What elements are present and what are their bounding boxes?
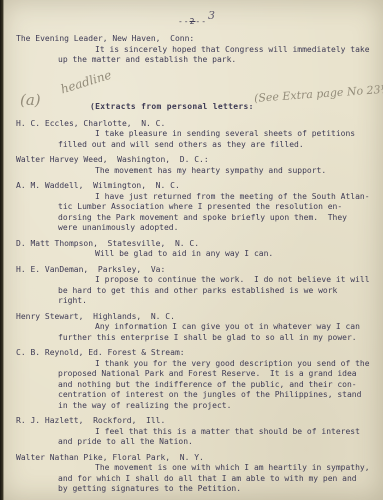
- correspondent-name: The Evening Leader, New Haven, Conn:: [16, 34, 377, 45]
- annotation-zone: headline (a) (Extracts from personal let…: [16, 73, 377, 119]
- extract-quote: I propose to continue the work. I do not…: [58, 275, 377, 307]
- letter-extract-entry: Henry Stewart, Highlands, N. C. Any info…: [16, 312, 377, 344]
- letter-extract-entry: H. C. Eccles, Charlotte, N. C. I take pl…: [16, 119, 377, 151]
- correspondent-name: Walter Nathan Pike, Floral Park, N. Y.: [16, 453, 377, 464]
- extract-quote: The movement is one with which I am hear…: [58, 463, 377, 495]
- correspondent-name: Henry Stewart, Highlands, N. C.: [16, 312, 377, 323]
- letter-extract-entry: Walter Nathan Pike, Floral Park, N. Y. T…: [16, 453, 377, 495]
- correspondent-name: C. B. Reynold, Ed. Forest & Stream:: [16, 348, 377, 359]
- scanned-letter-page: --2--3 The Evening Leader, New Haven, Co…: [0, 0, 383, 500]
- letter-extract-entry: The Evening Leader, New Haven, Conn: It …: [16, 34, 377, 66]
- correspondent-name: D. Matt Thompson, Statesville, N. C.: [16, 239, 377, 250]
- correspondent-name: A. M. Waddell, Wilmington, N. C.: [16, 181, 377, 192]
- scan-edge-shadow: [0, 0, 4, 500]
- correspondent-name: R. J. Hazlett, Rockford, Ill.: [16, 416, 377, 427]
- extract-quote: Any information I can give you ot in wha…: [58, 322, 377, 343]
- page-number-dashes-right: --: [195, 17, 207, 26]
- letter-extract-entry: D. Matt Thompson, Statesville, N. C. Wil…: [16, 239, 377, 260]
- extract-quote: I thank you for the very good descriptio…: [58, 359, 377, 412]
- correspondent-name: Walter Harvey Weed, Washington, D. C.:: [16, 155, 377, 166]
- pencil-see-extra-page-note: (See Extra page No 23½): [254, 84, 383, 104]
- letter-extracts-list: H. C. Eccles, Charlotte, N. C. I take pl…: [16, 119, 377, 495]
- pencil-headline-note: headline: [60, 69, 113, 94]
- page-number-dashes-left: --: [178, 17, 190, 26]
- extracts-heading: (Extracts from personal letters:: [90, 102, 254, 113]
- extract-quote: The movement has my hearty sympathy and …: [58, 166, 377, 177]
- page-number-pencil-correction: 3: [208, 9, 216, 22]
- extract-quote: I take pleasure in sending several sheet…: [58, 129, 377, 150]
- letter-extract-entry: A. M. Waddell, Wilmington, N. C. I have …: [16, 181, 377, 234]
- pencil-letter-a-note: (a): [20, 95, 41, 106]
- letter-extract-entry: Walter Harvey Weed, Washington, D. C.: T…: [16, 155, 377, 176]
- extract-quote: I feel that this is a matter that should…: [58, 427, 377, 448]
- extract-quote: I have just returned from the meeting of…: [58, 192, 377, 234]
- letter-extract-entry: C. B. Reynold, Ed. Forest & Stream: I th…: [16, 348, 377, 411]
- letter-extract-entry: H. E. VanDeman, Parksley, Va: I propose …: [16, 265, 377, 307]
- letter-extracts-top: The Evening Leader, New Haven, Conn: It …: [16, 34, 377, 66]
- correspondent-name: H. E. VanDeman, Parksley, Va:: [16, 265, 377, 276]
- extract-quote: It is sincerely hoped that Congress will…: [58, 45, 377, 66]
- page-number: --2--3: [16, 16, 377, 34]
- letter-extract-entry: R. J. Hazlett, Rockford, Ill. I feel tha…: [16, 416, 377, 448]
- correspondent-name: H. C. Eccles, Charlotte, N. C.: [16, 119, 377, 130]
- extract-quote: Will be glad to aid in any way I can.: [58, 249, 377, 260]
